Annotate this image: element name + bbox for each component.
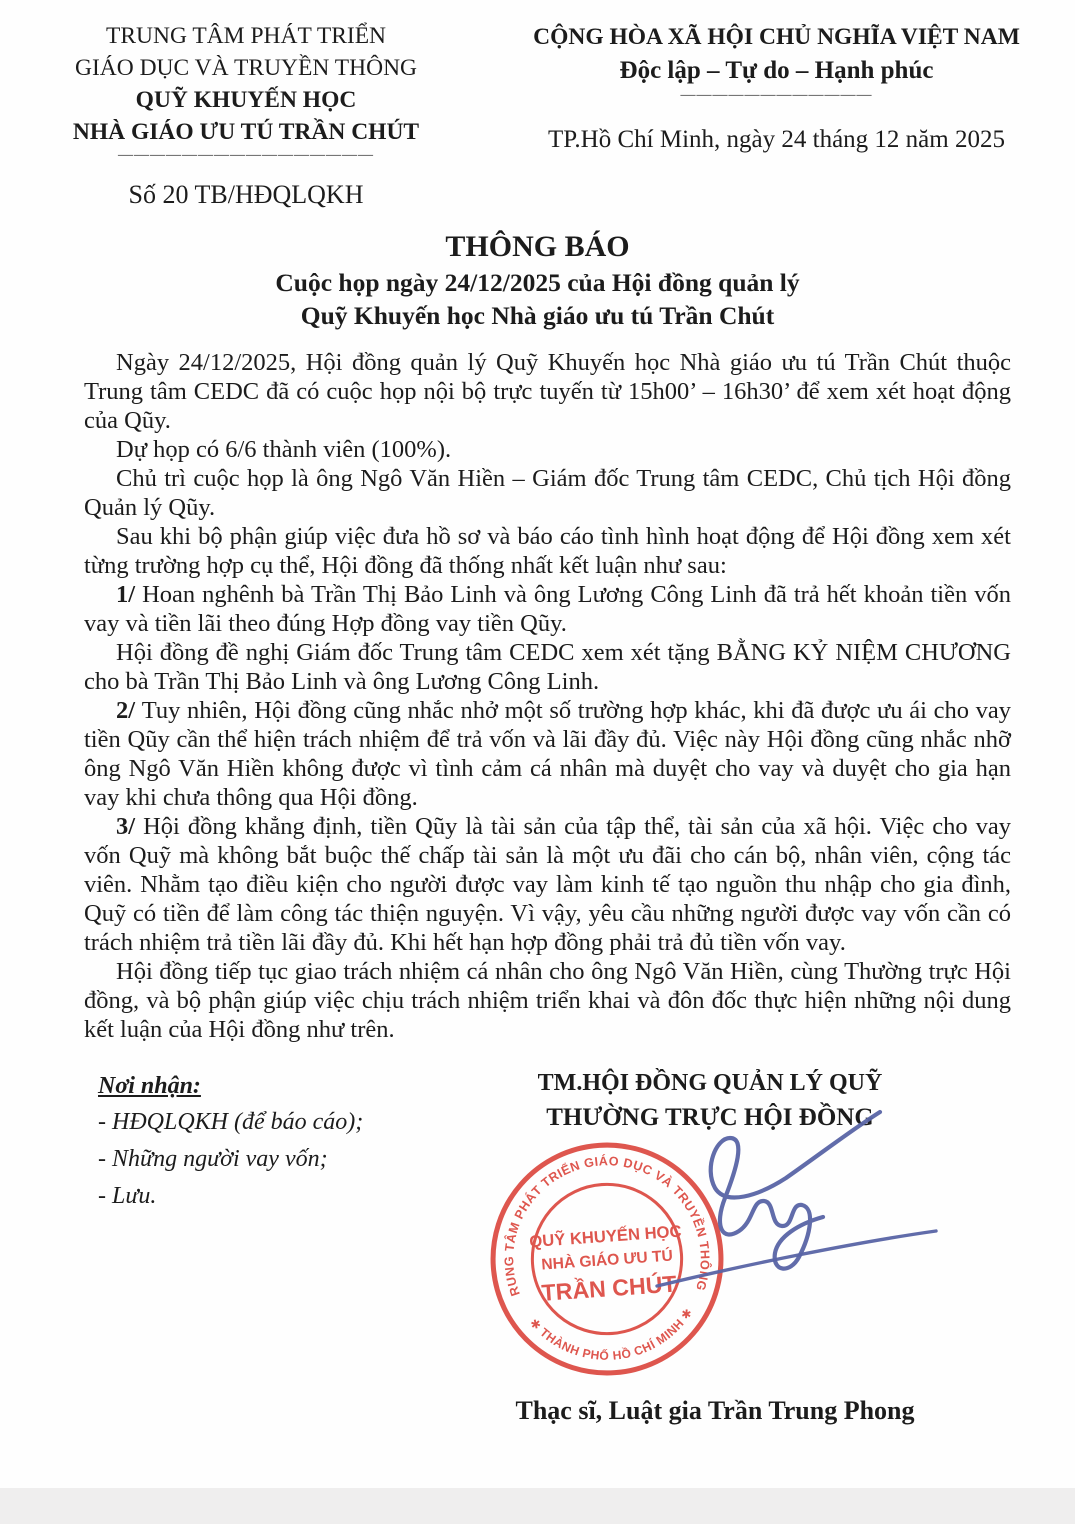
recipient-item: - Những người vay vốn;: [98, 1141, 363, 1178]
paragraph-marker: 3/: [116, 813, 143, 840]
paragraph: Hội đồng đề nghị Giám đốc Trung tâm CEDC…: [84, 638, 1011, 696]
paragraph: 3/ Hội đồng khẳng định, tiền Qũy là tài …: [84, 812, 1011, 957]
national-motto-block: CỘNG HÒA XÃ HỘI CHỦ NGHĨA VIỆT NAM Độc l…: [492, 20, 1075, 210]
paragraph: 1/ Hoan nghênh bà Trần Thị Bảo Linh và ô…: [84, 580, 1011, 638]
handwritten-signature: [618, 1074, 1042, 1384]
org-line-3: QUỸ KHUYẾN HỌC: [0, 84, 492, 116]
paragraph-text: Tuy nhiên, Hội đồng cũng nhắc nhở một số…: [84, 697, 1011, 811]
paragraph: Ngày 24/12/2025, Hội đồng quản lý Quỹ Kh…: [84, 348, 1011, 435]
paragraph-text: Hội đồng tiếp tục giao trách nhiệm cá nh…: [84, 958, 1011, 1043]
paragraph-text: Chủ trì cuộc họp là ông Ngô Văn Hiền – G…: [84, 465, 1011, 521]
org-separator: ————————————————: [0, 148, 492, 162]
recipient-item: - HĐQLQKH (để báo cáo);: [98, 1104, 363, 1141]
recipients-block: Nơi nhận: - HĐQLQKH (để báo cáo); - Nhữn…: [98, 1068, 363, 1215]
paragraph: Sau khi bộ phận giúp việc đưa hồ sơ và b…: [84, 522, 1011, 580]
paragraph-marker: 1/: [116, 581, 142, 608]
paragraph-text: Dự họp có 6/6 thành viên (100%).: [116, 436, 451, 463]
org-line-4: NHÀ GIÁO ƯU TÚ TRẦN CHÚT: [0, 116, 492, 148]
recipients-heading: Nơi nhận:: [98, 1068, 363, 1104]
document-subtitle-2: Quỹ Khuyến học Nhà giáo ưu tú Trần Chút: [0, 299, 1075, 332]
document-title: THÔNG BÁO: [0, 228, 1075, 266]
document-title-block: THÔNG BÁO Cuộc họp ngày 24/12/2025 của H…: [0, 228, 1075, 332]
document-number: Số 20 TB/HĐQLQKH: [0, 180, 492, 210]
paragraph-text: Ngày 24/12/2025, Hội đồng quản lý Quỹ Kh…: [84, 349, 1011, 434]
org-line-1: TRUNG TÂM PHÁT TRIỂN: [0, 20, 492, 52]
paragraph: 2/ Tuy nhiên, Hội đồng cũng nhắc nhở một…: [84, 696, 1011, 812]
document-footer: Nơi nhận: - HĐQLQKH (để báo cáo); - Nhữn…: [0, 1066, 1075, 1466]
paragraph-text: Hội đồng đề nghị Giám đốc Trung tâm CEDC…: [84, 639, 1011, 695]
paragraph: Chủ trì cuộc họp là ông Ngô Văn Hiền – G…: [84, 464, 1011, 522]
paragraph-text: Sau khi bộ phận giúp việc đưa hồ sơ và b…: [84, 523, 1011, 579]
issuing-org-block: TRUNG TÂM PHÁT TRIỂN GIÁO DỤC VÀ TRUYỀN …: [0, 20, 492, 210]
national-motto: Độc lập – Tự do – Hạnh phúc: [492, 54, 1061, 88]
motto-separator: ————————————: [492, 88, 1061, 102]
national-title: CỘNG HÒA XÃ HỘI CHỦ NGHĨA VIỆT NAM: [492, 20, 1061, 54]
document-subtitle-1: Cuộc họp ngày 24/12/2025 của Hội đồng qu…: [0, 266, 1075, 299]
signer-name: Thạc sĩ, Luật gia Trần Trung Phong: [470, 1396, 960, 1426]
paragraph-marker: 2/: [116, 697, 142, 724]
org-line-2: GIÁO DỤC VÀ TRUYỀN THÔNG: [0, 52, 492, 84]
recipient-item: - Lưu.: [98, 1178, 363, 1215]
paragraph: Dự họp có 6/6 thành viên (100%).: [84, 435, 1011, 464]
document-page: TRUNG TÂM PHÁT TRIỂN GIÁO DỤC VÀ TRUYỀN …: [0, 0, 1075, 1524]
paragraph-text: Hoan nghênh bà Trần Thị Bảo Linh và ông …: [84, 581, 1011, 637]
place-date-line: TP.Hồ Chí Minh, ngày 24 tháng 12 năm 202…: [492, 126, 1061, 154]
bottom-gray-strip: [0, 1488, 1075, 1524]
document-header: TRUNG TÂM PHÁT TRIỂN GIÁO DỤC VÀ TRUYỀN …: [0, 0, 1075, 210]
paragraph-text: Hội đồng khẳng định, tiền Qũy là tài sản…: [84, 813, 1011, 956]
paragraph: Hội đồng tiếp tục giao trách nhiệm cá nh…: [84, 957, 1011, 1044]
document-body: Ngày 24/12/2025, Hội đồng quản lý Quỹ Kh…: [84, 348, 1011, 1044]
